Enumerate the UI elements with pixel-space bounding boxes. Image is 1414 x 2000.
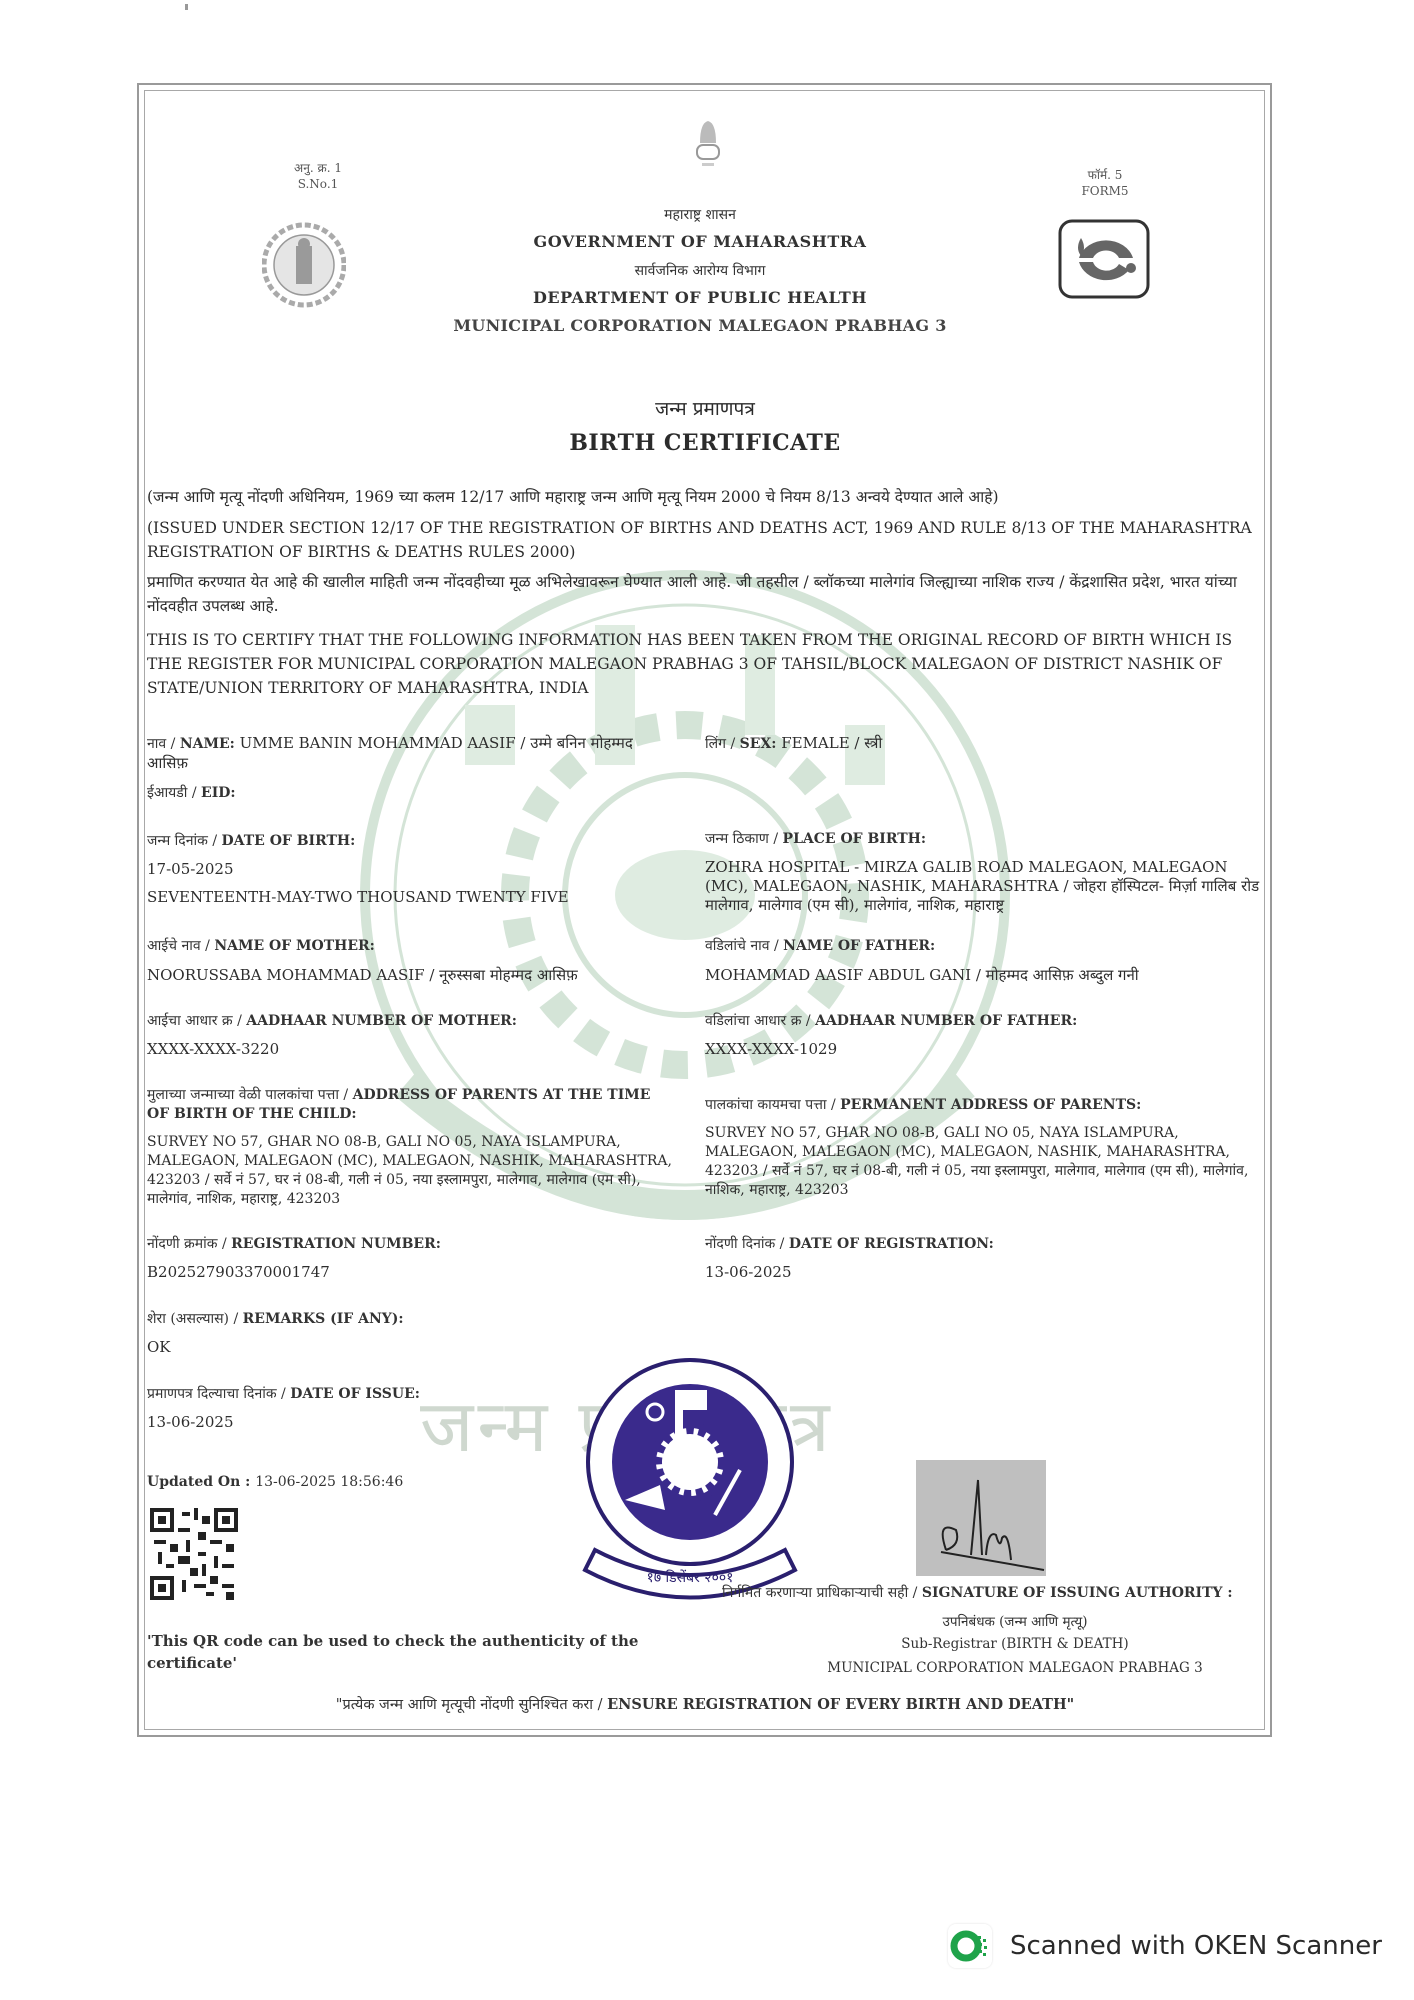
child-sex: FEMALE / स्त्री bbox=[776, 734, 882, 752]
qr-code[interactable] bbox=[150, 1508, 238, 1600]
authority-signature bbox=[916, 1460, 1046, 1576]
field-remarks: शेरा (असल्यास) / REMARKS (IF ANY): OK bbox=[147, 1308, 677, 1356]
permanent-address: SURVEY NO 57, GHAR NO 08-B, GALI NO 05, … bbox=[705, 1124, 1260, 1200]
government-name-marathi: महाराष्ट्र शासन bbox=[300, 205, 1100, 224]
registrar-office: MUNICIPAL CORPORATION MALEGAON PRABHAG 3 bbox=[735, 1660, 1295, 1676]
issued-under: (ISSUED UNDER SECTION 12/17 OF THE REGIS… bbox=[147, 516, 1257, 564]
registration-slogan: "प्रत्येक जन्म आणि मृत्यूची नोंदणी सुनिश… bbox=[150, 1694, 1260, 1714]
qr-authenticity-note: 'This QR code can be used to check the a… bbox=[147, 1630, 667, 1674]
aadhaar-father: XXXX-XXXX-1029 bbox=[705, 1040, 1260, 1058]
updated-on: Updated On : 13-06-2025 18:56:46 bbox=[147, 1474, 403, 1490]
father-name: MOHAMMAD AASIF ABDUL GANI / मोहम्मद आसिफ… bbox=[705, 965, 1260, 985]
mother-name: NOORUSSABA MOHAMMAD AASIF / नूरुस्सबा मो… bbox=[147, 965, 677, 985]
address-at-birth: SURVEY NO 57, GHAR NO 08-B, GALI NO 05, … bbox=[147, 1133, 677, 1209]
serial-number: अनु. क्र. 1 S.No.1 bbox=[283, 160, 353, 192]
registrar-title-marathi: उपनिबंधक (जन्म आणि मृत्यू) bbox=[735, 1612, 1295, 1630]
municipal-corporation-stamp-icon: १७ डिसेंबर २००१ bbox=[565, 1350, 815, 1610]
field-sex: लिंग / SEX: FEMALE / स्त्री bbox=[705, 733, 1260, 753]
field-address-at-birth: मुलाच्या जन्माच्या वेळी पालकांचा पत्ता /… bbox=[147, 1085, 677, 1209]
registration-number: B202527903370001747 bbox=[147, 1263, 677, 1281]
field-registration-number: नोंदणी क्रमांक / REGISTRATION NUMBER: B2… bbox=[147, 1233, 677, 1281]
department-name-marathi: सार्वजनिक आरोग्य विभाग bbox=[300, 261, 1100, 280]
date-of-birth-words: SEVENTEENTH-MAY-TWO THOUSAND TWENTY FIVE bbox=[147, 888, 677, 906]
certificate-title: BIRTH CERTIFICATE bbox=[300, 430, 1110, 456]
issued-under-marathi: (जन्म आणि मृत्यू नोंदणी अधिनियम, 1969 च्… bbox=[147, 485, 1257, 509]
field-father-name: वडिलांचे नाव / NAME OF FATHER: MOHAMMAD … bbox=[705, 935, 1260, 985]
date-of-birth: 17-05-2025 bbox=[147, 860, 677, 878]
registration-date: 13-06-2025 bbox=[705, 1263, 1260, 1281]
aadhaar-mother: XXXX-XXXX-3220 bbox=[147, 1040, 677, 1058]
certification-marathi: प्रमाणित करण्यात येत आहे की खालील माहिती… bbox=[147, 570, 1257, 618]
place-of-birth: ZOHRA HOSPITAL - MIRZA GALIB ROAD MALEGA… bbox=[705, 858, 1260, 915]
field-permanent-address: पालकांचा कायमचा पत्ता / PERMANENT ADDRES… bbox=[705, 1094, 1260, 1200]
scan-speck bbox=[185, 4, 188, 10]
certificate-title-marathi: जन्म प्रमाणपत्र bbox=[300, 395, 1110, 421]
scanner-label: Scanned with OKEN Scanner bbox=[1010, 1931, 1382, 1961]
svg-text:१७ डिसेंबर २००१: १७ डिसेंबर २००१ bbox=[647, 1569, 734, 1586]
scanner-branding: Scanned with OKEN Scanner bbox=[948, 1925, 1382, 1967]
oken-scanner-logo-icon bbox=[948, 1924, 992, 1968]
field-date-of-birth: जन्म दिनांक / DATE OF BIRTH: 17-05-2025 … bbox=[147, 830, 677, 906]
national-emblem-icon bbox=[688, 117, 728, 175]
field-name: नाव / NAME: UMME BANIN MOHAMMAD AASIF / … bbox=[147, 733, 677, 773]
field-aadhaar-mother: आईचा आधार क्र / AADHAAR NUMBER OF MOTHER… bbox=[147, 1010, 677, 1058]
registrar-title: Sub-Registrar (BIRTH & DEATH) bbox=[735, 1636, 1295, 1652]
field-eid: ईआयडी / EID: bbox=[147, 782, 677, 802]
field-registration-date: नोंदणी दिनांक / DATE OF REGISTRATION: 13… bbox=[705, 1233, 1260, 1281]
form-number: फॉर्म. 5 FORM5 bbox=[1065, 167, 1145, 199]
issuing-authority-name: MUNICIPAL CORPORATION MALEGAON PRABHAG 3 bbox=[300, 316, 1100, 335]
signature-icon bbox=[916, 1460, 1046, 1576]
department-name: DEPARTMENT OF PUBLIC HEALTH bbox=[300, 288, 1100, 307]
field-mother-name: आईचे नाव / NAME OF MOTHER: NOORUSSABA MO… bbox=[147, 935, 677, 985]
government-name: GOVERNMENT OF MAHARASHTRA bbox=[300, 232, 1100, 251]
signature-of-issuing-authority: निर्गमित करणाऱ्या प्राधिकाऱ्याची सही / S… bbox=[722, 1583, 1233, 1602]
certification-statement: THIS IS TO CERTIFY THAT THE FOLLOWING IN… bbox=[147, 628, 1257, 700]
updated-timestamp: 13-06-2025 18:56:46 bbox=[255, 1474, 403, 1490]
field-place-of-birth: जन्म ठिकाण / PLACE OF BIRTH: ZOHRA HOSPI… bbox=[705, 828, 1260, 915]
field-aadhaar-father: वडिलांचा आधार क्र / AADHAAR NUMBER OF FA… bbox=[705, 1010, 1260, 1058]
